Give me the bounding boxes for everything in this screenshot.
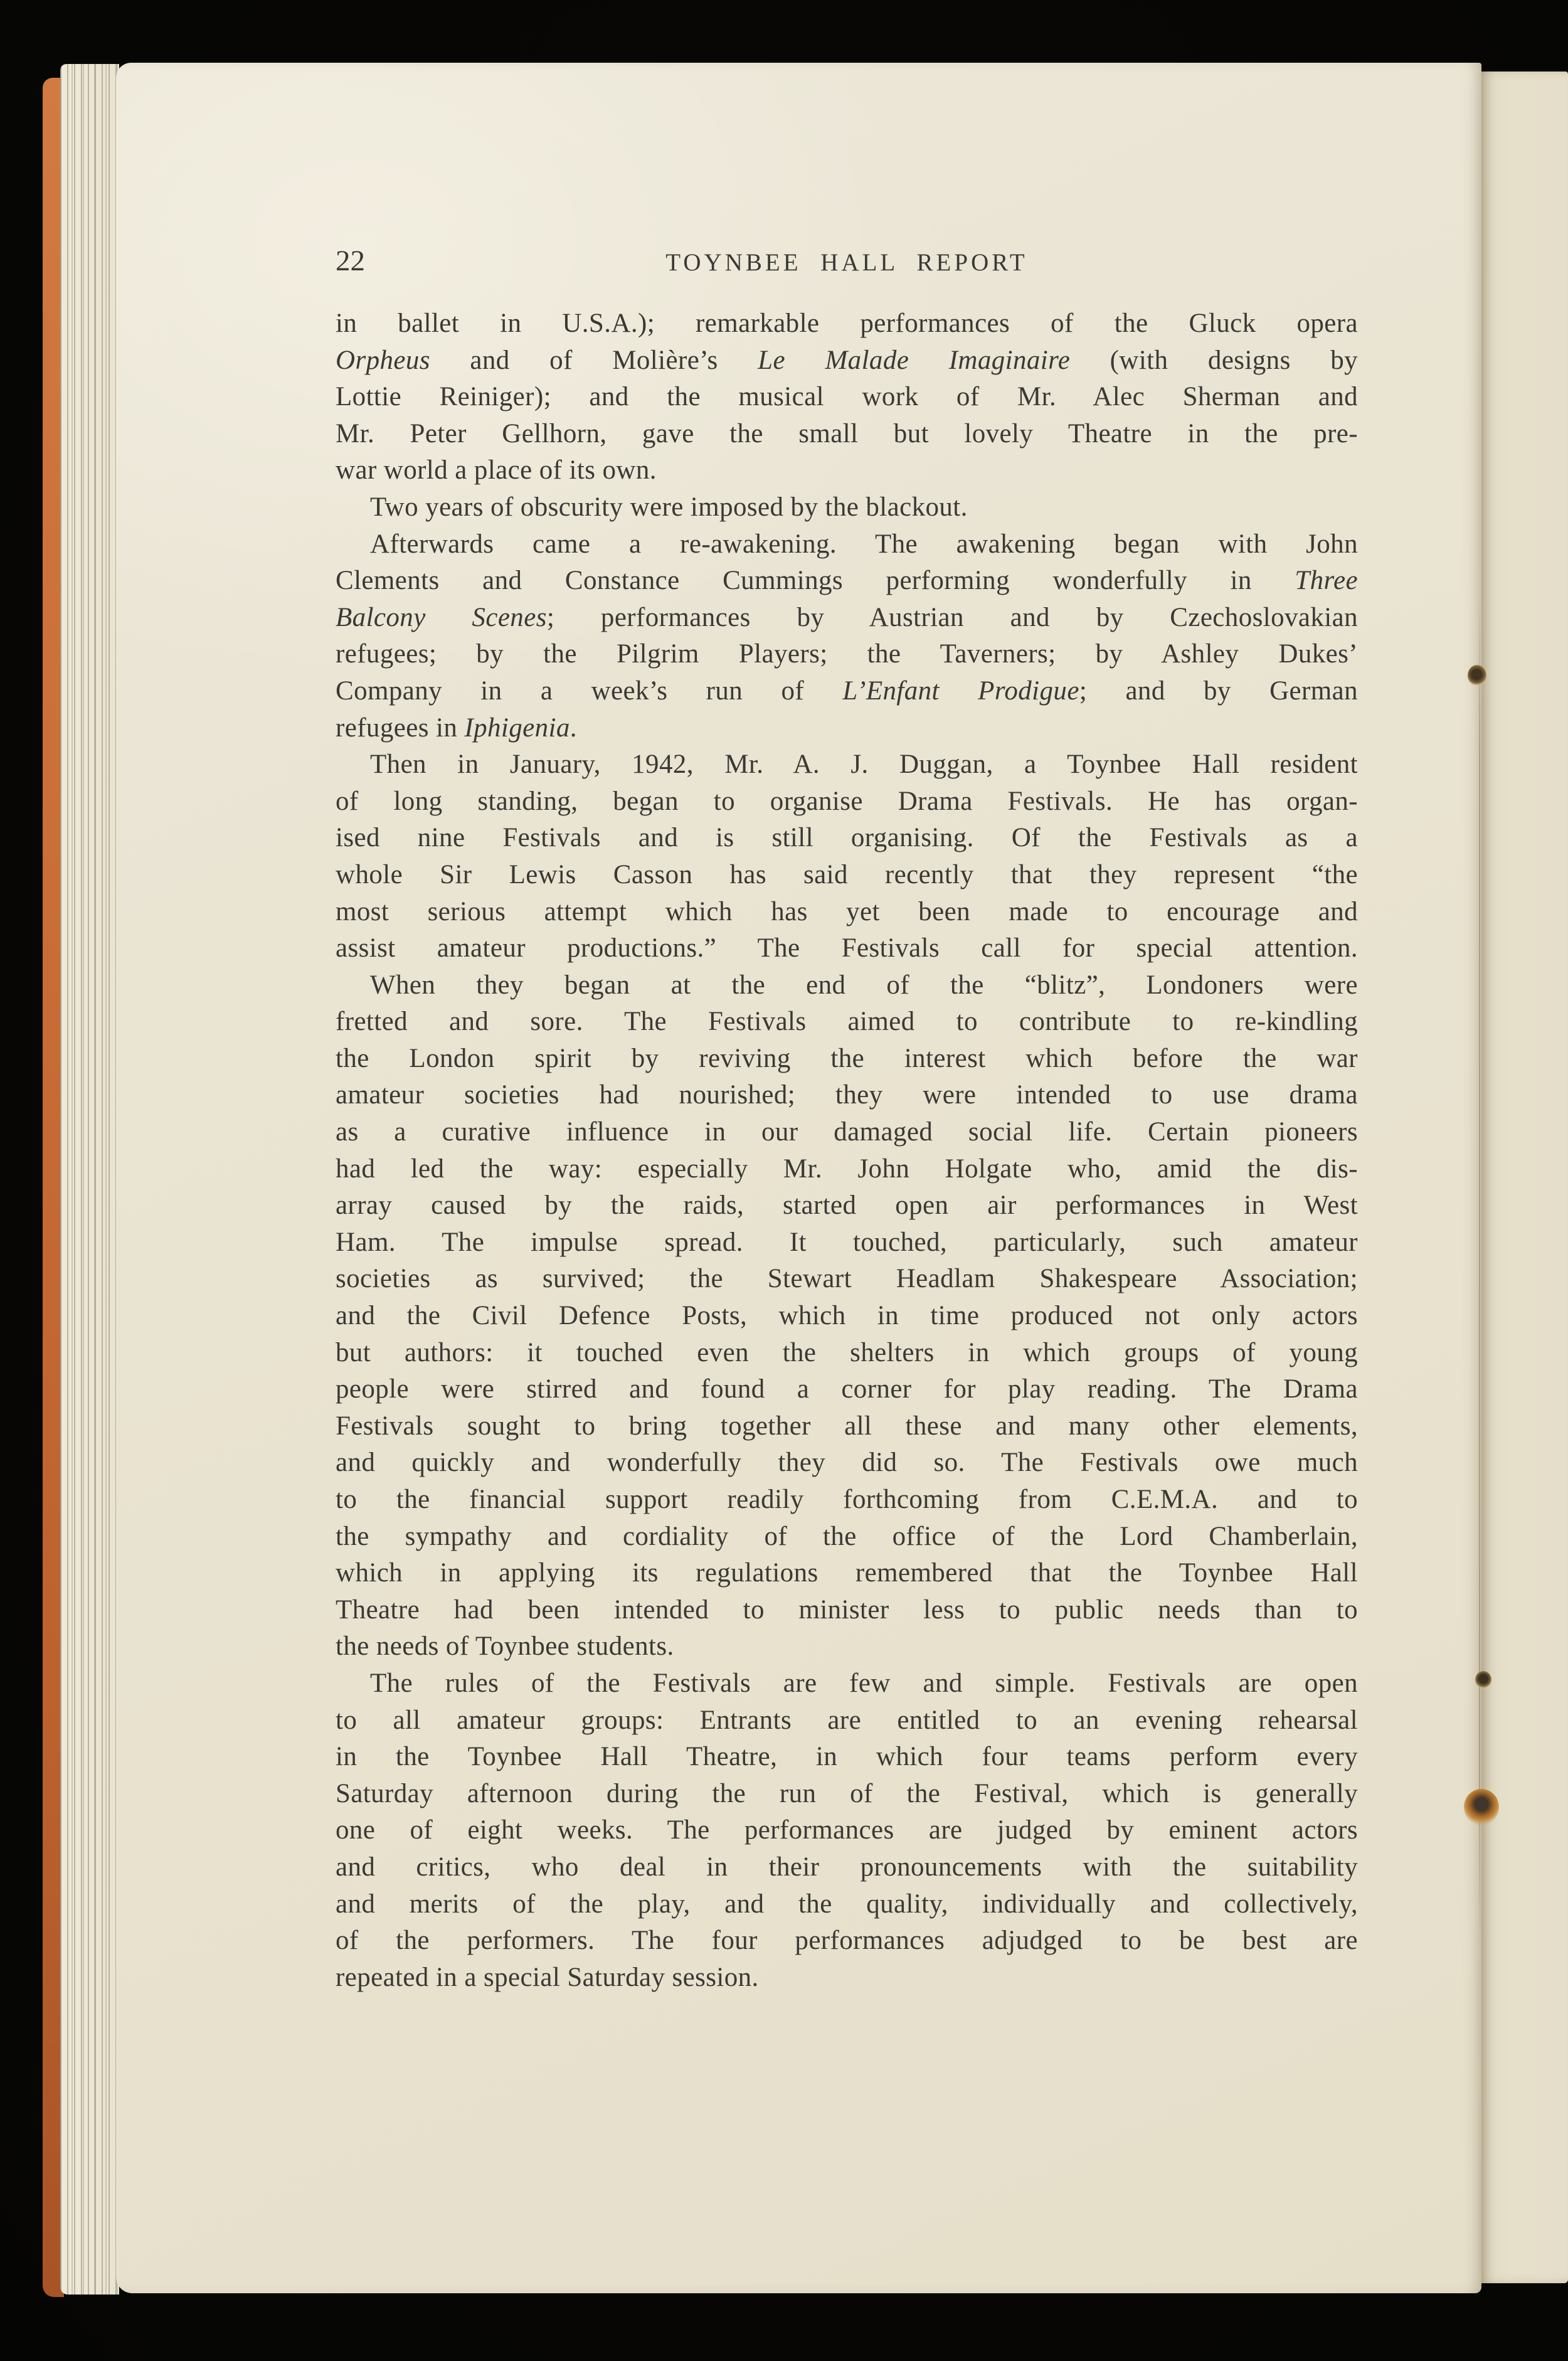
book-page: 22 TOYNBEE HALL REPORT in ballet in U.S.… xyxy=(116,63,1481,2293)
text-line: whole Sir Lewis Casson has said recently… xyxy=(336,857,1358,894)
text-line: repeated in a special Saturday session. xyxy=(336,1960,1358,1997)
facing-page xyxy=(1481,72,1568,2283)
text-line: one of eight weeks. The performances are… xyxy=(336,1812,1358,1849)
text-line: When they began at the end of the “blitz… xyxy=(336,967,1358,1004)
text-line: and merits of the play, and the quality,… xyxy=(336,1886,1358,1923)
text-line: the sympathy and cordiality of the offic… xyxy=(336,1519,1358,1556)
text-line: and quickly and wonderfully they did so.… xyxy=(336,1445,1358,1482)
text-line: of the performers. The four performances… xyxy=(336,1923,1358,1960)
text-line: and critics, who deal in their pronounce… xyxy=(336,1849,1358,1886)
text-line: The rules of the Festivals are few and s… xyxy=(336,1665,1358,1702)
text-line: Mr. Peter Gellhorn, gave the small but l… xyxy=(336,416,1358,453)
text-line: in ballet in U.S.A.); remarkable perform… xyxy=(336,305,1358,342)
staple-hole-bottom xyxy=(1464,1789,1499,1825)
text-line: Two years of obscurity were imposed by t… xyxy=(336,489,1358,526)
text-line: to all amateur groups: Entrants are enti… xyxy=(336,1702,1358,1739)
staple-hole-top xyxy=(1468,665,1486,686)
text-line: Saturday afternoon during the run of the… xyxy=(336,1776,1358,1813)
text-line: Company in a week’s run of L’Enfant Prod… xyxy=(336,673,1358,710)
text-line: in the Toynbee Hall Theatre, in which fo… xyxy=(336,1739,1358,1776)
text-line: refugees in Iphigenia. xyxy=(336,710,1358,747)
text-line: which in applying its regulations rememb… xyxy=(336,1555,1358,1592)
text-line: fretted and sore. The Festivals aimed to… xyxy=(336,1004,1358,1041)
text-line: Ham. The impulse spread. It touched, par… xyxy=(336,1224,1358,1261)
text-line: Lottie Reiniger); and the musical work o… xyxy=(336,379,1358,416)
running-header: TOYNBEE HALL REPORT xyxy=(336,250,1358,276)
text-line: societies as survived; the Stewart Headl… xyxy=(336,1261,1358,1298)
text-line: but authors: it touched even the shelter… xyxy=(336,1335,1358,1372)
text-line: amateur societies had nourished; they we… xyxy=(336,1077,1358,1114)
text-line: Orpheus and of Molière’s Le Malade Imagi… xyxy=(336,342,1358,379)
text-line: war world a place of its own. xyxy=(336,452,1358,489)
page-stack-edges xyxy=(60,64,119,2295)
text-line: ised nine Festivals and is still organis… xyxy=(336,820,1358,857)
text-line: the London spirit by reviving the intere… xyxy=(336,1041,1358,1078)
text-line: assist amateur productions.” The Festiva… xyxy=(336,930,1358,967)
text-line: of long standing, began to organise Dram… xyxy=(336,783,1358,820)
text-line: the needs of Toynbee students. xyxy=(336,1628,1358,1665)
text-line: refugees; by the Pilgrim Players; the Ta… xyxy=(336,636,1358,673)
text-line: people were stirred and found a corner f… xyxy=(336,1371,1358,1408)
text-line: Then in January, 1942, Mr. A. J. Duggan,… xyxy=(336,746,1358,783)
book-photo: 22 TOYNBEE HALL REPORT in ballet in U.S.… xyxy=(0,0,1568,2361)
text-line: and the Civil Defence Posts, which in ti… xyxy=(336,1298,1358,1335)
text-line: Afterwards came a re-awakening. The awak… xyxy=(336,526,1358,563)
text-line: had led the way: especially Mr. John Hol… xyxy=(336,1151,1358,1188)
text-line: most serious attempt which has yet been … xyxy=(336,894,1358,931)
text-line: Balcony Scenes; performances by Austrian… xyxy=(336,600,1358,637)
text-body: in ballet in U.S.A.); remarkable perform… xyxy=(336,305,1358,1996)
text-line: Theatre had been intended to minister le… xyxy=(336,1592,1358,1629)
page-header: 22 TOYNBEE HALL REPORT xyxy=(336,246,1358,281)
text-line: array caused by the raids, started open … xyxy=(336,1187,1358,1224)
text-line: as a curative influence in our damaged s… xyxy=(336,1114,1358,1151)
text-line: Festivals sought to bring together all t… xyxy=(336,1408,1358,1445)
text-line: to the financial support readily forthco… xyxy=(336,1482,1358,1519)
staple-hole-middle xyxy=(1475,1671,1491,1689)
gutter-crease xyxy=(1479,596,1480,1938)
text-line: Clements and Constance Cummings performi… xyxy=(336,563,1358,600)
